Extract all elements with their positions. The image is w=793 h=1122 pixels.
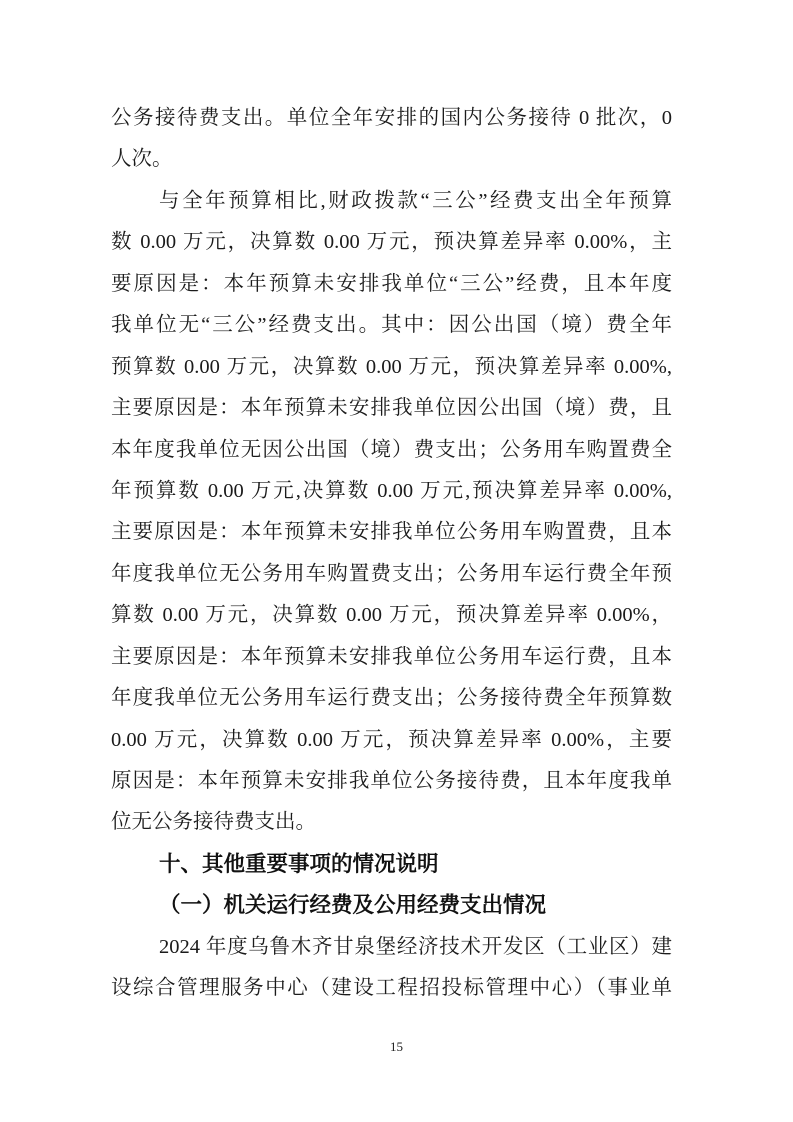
body-text-line: 年预算数 0.00 万元,决算数 0.00 万元,预决算差异率 0.00%,	[111, 471, 672, 512]
body-text-line: 本年度我单位无因公出国（境）费支出；公务用车购置费全	[111, 430, 672, 471]
body-text-line: 原因是：本年预算未安排我单位公务接待费，且本年度我单	[111, 761, 672, 802]
body-text-line: 数 0.00 万元，决算数 0.00 万元，预决算差异率 0.00%，主	[111, 222, 672, 263]
paragraph: 十、其他重要事项的情况说明	[111, 844, 672, 885]
body-text-line: 算数 0.00 万元，决算数 0.00 万元，预决算差异率 0.00%，	[111, 595, 672, 636]
body-text-line: 要原因是：本年预算未安排我单位“三公”经费，且本年度	[111, 264, 672, 305]
body-text-line: 人次。	[111, 139, 672, 180]
body-text-line: 2024 年度乌鲁木齐甘泉堡经济技术开发区（工业区）建	[111, 927, 672, 968]
document-body: 公务接待费支出。单位全年安排的国内公务接待 0 批次，0人次。与全年预算相比,财…	[111, 98, 672, 1010]
body-text-line: 预算数 0.00 万元，决算数 0.00 万元，预决算差异率 0.00%,	[111, 347, 672, 388]
body-text-line: 与全年预算相比,财政拨款“三公”经费支出全年预算	[111, 181, 672, 222]
body-text-line: 0.00 万元，决算数 0.00 万元，预决算差异率 0.00%，主要	[111, 720, 672, 761]
body-text-line: 位无公务接待费支出。	[111, 802, 672, 843]
paragraph: 公务接待费支出。单位全年安排的国内公务接待 0 批次，0人次。	[111, 98, 672, 181]
document-page: 公务接待费支出。单位全年安排的国内公务接待 0 批次，0人次。与全年预算相比,财…	[0, 0, 793, 1122]
subsection-heading: （一）机关运行经费及公用经费支出情况	[111, 885, 672, 926]
body-text-line: 主要原因是：本年预算未安排我单位公务用车运行费，且本	[111, 637, 672, 678]
body-text-line: 主要原因是：本年预算未安排我单位公务用车购置费，且本	[111, 512, 672, 553]
paragraph: 与全年预算相比,财政拨款“三公”经费支出全年预算数 0.00 万元，决算数 0.…	[111, 181, 672, 844]
body-text-line: 公务接待费支出。单位全年安排的国内公务接待 0 批次，0	[111, 98, 672, 139]
body-text-line: 年度我单位无公务用车购置费支出；公务用车运行费全年预	[111, 554, 672, 595]
section-heading: 十、其他重要事项的情况说明	[111, 844, 672, 885]
body-text-line: 我单位无“三公”经费支出。其中：因公出国（境）费全年	[111, 305, 672, 346]
page-number: 15	[0, 1039, 793, 1055]
body-text-line: 年度我单位无公务用车运行费支出；公务接待费全年预算数	[111, 678, 672, 719]
body-text-line: 主要原因是：本年预算未安排我单位因公出国（境）费，且	[111, 388, 672, 429]
paragraph: （一）机关运行经费及公用经费支出情况	[111, 885, 672, 926]
paragraph: 2024 年度乌鲁木齐甘泉堡经济技术开发区（工业区）建设综合管理服务中心（建设工…	[111, 927, 672, 1010]
body-text-line: 设综合管理服务中心（建设工程招投标管理中心）（事业单	[111, 968, 672, 1009]
